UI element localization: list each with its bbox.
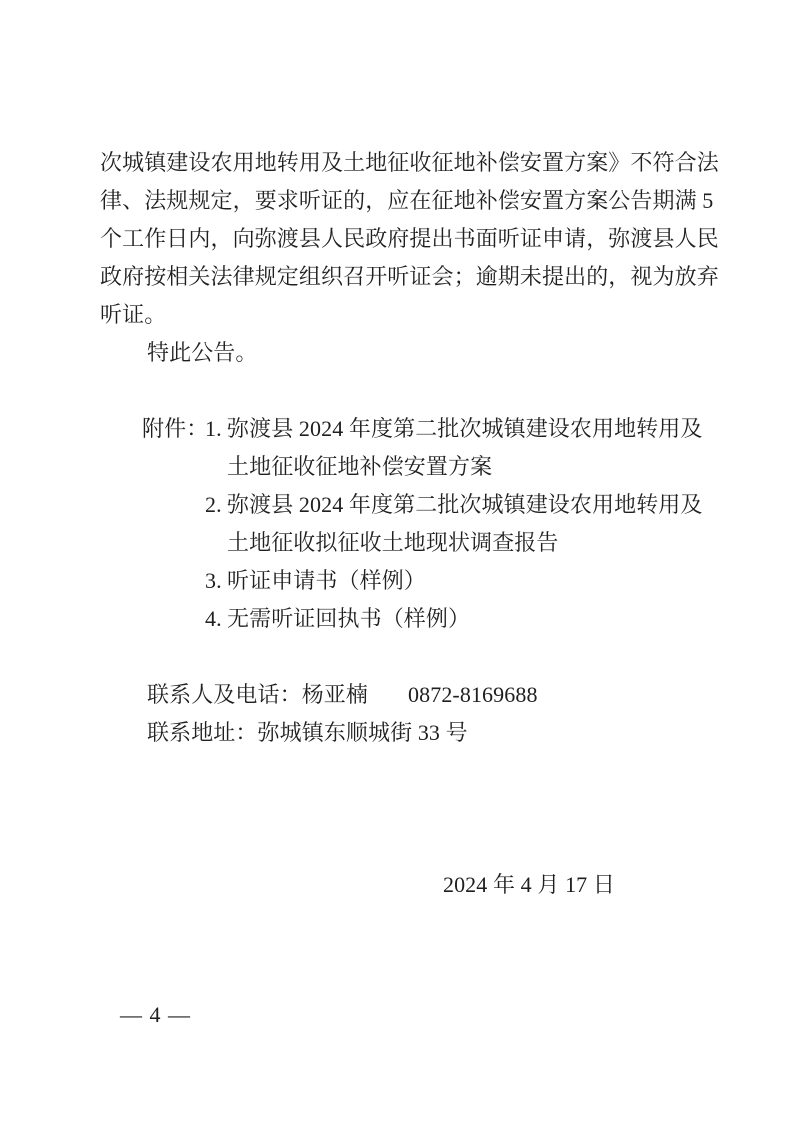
contact-person-name: 杨亚楠 xyxy=(302,682,368,707)
attachment-item: 2.弥渡县 2024 年度第二批次城镇建设农用地转用及土地征收拟征收土地现状调查… xyxy=(205,486,690,562)
contact-phone: 0872-8169688 xyxy=(408,682,538,707)
attachment-line: 无需听证回执书（样例） xyxy=(227,600,470,638)
attachment-item: 4.无需听证回执书（样例） xyxy=(205,600,690,638)
attachment-text: 弥渡县 2024 年度第二批次城镇建设农用地转用及土地征收拟征收土地现状调查报告 xyxy=(227,486,703,562)
body-line: 律、法规规定，要求听证的，应在征地补偿安置方案公告期满 5 xyxy=(100,182,690,220)
attachment-line: 土地征收拟征收土地现状调查报告 xyxy=(227,524,703,562)
page-number: — 4 — xyxy=(120,1000,191,1030)
attachment-number: 3. xyxy=(205,562,227,600)
body-line: 次城镇建设农用地转用及土地征收征地补偿安置方案》不符合法 xyxy=(100,144,690,182)
attachment-number: 2. xyxy=(205,486,227,562)
body-line: 个工作日内，向弥渡县人民政府提出书面听证申请，弥渡县人民 xyxy=(100,220,690,258)
contact-person-line: 联系人及电话：杨亚楠0872-8169688 xyxy=(147,676,690,714)
attachment-item: 3.听证申请书（样例） xyxy=(205,562,690,600)
closing-statement: 特此公告。 xyxy=(100,334,690,372)
document-content: 次城镇建设农用地转用及土地征收征地补偿安置方案》不符合法律、法规规定，要求听证的… xyxy=(100,144,690,904)
attachment-text: 无需听证回执书（样例） xyxy=(227,600,470,638)
attachments-label: 附件： xyxy=(142,410,208,448)
attachment-line: 弥渡县 2024 年度第二批次城镇建设农用地转用及 xyxy=(227,410,703,448)
attachment-line: 土地征收征地补偿安置方案 xyxy=(227,448,703,486)
contact-address-label: 联系地址： xyxy=(147,720,258,745)
contact-address-line: 联系地址：弥城镇东顺城街 33 号 xyxy=(147,714,690,752)
attachment-line: 听证申请书（样例） xyxy=(227,562,426,600)
body-line: 政府按相关法律规定组织召开听证会；逾期未提出的，视为放弃 xyxy=(100,258,690,296)
contact-address: 弥城镇东顺城街 33 号 xyxy=(258,720,468,745)
body-paragraph: 次城镇建设农用地转用及土地征收征地补偿安置方案》不符合法律、法规规定，要求听证的… xyxy=(100,144,690,334)
attachment-line: 弥渡县 2024 年度第二批次城镇建设农用地转用及 xyxy=(227,486,703,524)
document-date: 2024 年 4 月 17 日 xyxy=(100,866,690,904)
contacts-section: 联系人及电话：杨亚楠0872-8169688 联系地址：弥城镇东顺城街 33 号 xyxy=(100,676,690,752)
attachment-item: 1.弥渡县 2024 年度第二批次城镇建设农用地转用及土地征收征地补偿安置方案 xyxy=(205,410,690,486)
attachment-text: 听证申请书（样例） xyxy=(227,562,426,600)
contact-person-label: 联系人及电话： xyxy=(147,682,302,707)
body-line: 听证。 xyxy=(100,296,690,334)
attachment-number: 4. xyxy=(205,600,227,638)
attachments-section: 附件： 1.弥渡县 2024 年度第二批次城镇建设农用地转用及土地征收征地补偿安… xyxy=(100,410,690,638)
attachment-text: 弥渡县 2024 年度第二批次城镇建设农用地转用及土地征收征地补偿安置方案 xyxy=(227,410,703,486)
document-page: 次城镇建设农用地转用及土地征收征地补偿安置方案》不符合法律、法规规定，要求听证的… xyxy=(0,0,793,1122)
